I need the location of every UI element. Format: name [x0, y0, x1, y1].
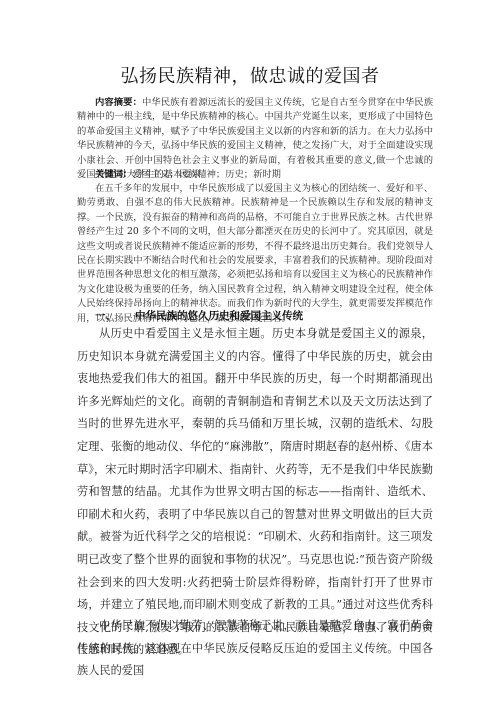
- keywords: 关键词：爱国主义；民族精神；历史；新时期: [77, 168, 433, 182]
- section-heading: 一、中华民族的悠久历史和爱国主义传统: [95, 308, 435, 323]
- document-title: 弘扬民族精神，做忠诚的爱国者: [0, 62, 500, 88]
- keywords-label: 关键词：: [95, 169, 132, 180]
- intro-paragraph: 在五千多年的发展中，中华民族形成了以爱国主义为核心的团结统一、爱好和平、勤劳勇敢…: [77, 182, 433, 326]
- abstract-label: 内容摘要：: [95, 97, 142, 108]
- section-title: 中华民族的悠久历史和爱国主义传统: [135, 310, 303, 322]
- keywords-text: 爱国主义；民族精神；历史；新时期: [132, 169, 281, 180]
- body-paragraph: 从历史中看爱国主义是永恒主题。历史本身就是爱国主义的源泉，历史知识本身就充满爱国…: [77, 323, 433, 662]
- section-number: 一、: [95, 308, 135, 323]
- document-page: 弘扬民族精神，做忠诚的爱国者 内容摘要：中华民族有着源远流长的爱国主义传统，它是…: [0, 0, 500, 708]
- body-paragraph: 中华民族不但以勤劳、智慧著称于世，而且是酷爱自由、富于革命传统的民族。这体现在中…: [77, 615, 433, 683]
